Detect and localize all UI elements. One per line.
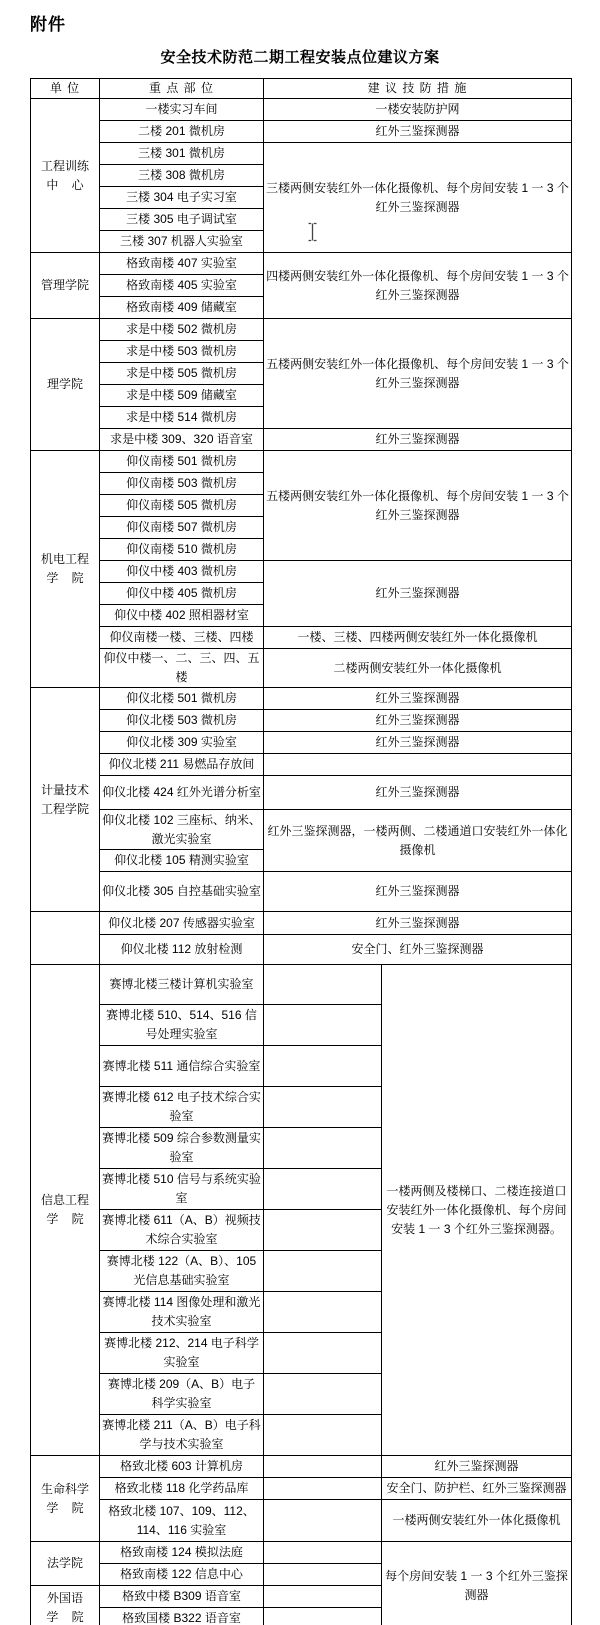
measure-cell: 每个房间安装 1 一 3 个红外三鉴探测器 [382, 1542, 572, 1625]
page-title: 安全技术防范二期工程安装点位建议方案 [0, 46, 600, 67]
points-table: 单 位重 点 部 位建 议 技 防 措 施工程训练 中 心一楼实习车间一楼安装防… [30, 78, 572, 1625]
empty-sub-cell [264, 1210, 382, 1251]
unit-cell: 机电工程 学 院 [31, 451, 100, 688]
unit-cell: 信息工程 学 院 [31, 965, 100, 1456]
location-cell: 仰仪北楼 207 传感器实验室 [100, 912, 264, 935]
attachment-label: 附件 [30, 10, 66, 35]
location-cell: 仰仪南楼一楼、三楼、四楼 [100, 627, 264, 649]
location-cell: 赛博北楼 114 图像处理和激光技术实验室 [100, 1292, 264, 1333]
location-cell: 求是中楼 509 储藏室 [100, 385, 264, 407]
table-row: 工程训练 中 心一楼实习车间一楼安装防护网 [31, 99, 572, 121]
measure-cell: 安全门、防护栏、红外三鉴探测器 [382, 1478, 572, 1500]
location-cell: 仰仪中楼一、二、三、四、五楼 [100, 649, 264, 688]
table-row: 仰仪北楼 207 传感器实验室红外三鉴探测器 [31, 912, 572, 935]
location-cell: 赛博北楼 212、214 电子科学实验室 [100, 1333, 264, 1374]
location-cell: 求是中楼 309、320 语音室 [100, 429, 264, 451]
table-row: 仰仪北楼 503 微机房红外三鉴探测器 [31, 710, 572, 732]
measure-cell: 红外三鉴探测器 [264, 121, 572, 143]
measure-cell: 红外三鉴探测器，一楼两侧、二楼通道口安装红外一体化摄像机 [264, 810, 572, 872]
measure-cell: 红外三鉴探测器 [264, 429, 572, 451]
location-cell: 格致北楼 107、109、112、114、116 实验室 [100, 1500, 264, 1542]
location-cell: 格致北楼 118 化学药品库 [100, 1478, 264, 1500]
table-row: 求是中楼 309、320 语音室红外三鉴探测器 [31, 429, 572, 451]
measure-cell: 二楼两侧安装红外一体化摄像机 [264, 649, 572, 688]
location-cell: 仰仪中楼 403 微机房 [100, 561, 264, 583]
empty-sub-cell [264, 1087, 382, 1128]
location-cell: 仰仪中楼 405 微机房 [100, 583, 264, 605]
empty-sub-cell [264, 1564, 382, 1586]
unit-cell: 计量技术 工程学院 [31, 688, 100, 912]
measure-cell: 五楼两侧安装红外一体化摄像机、每个房间安装 1 一 3 个红外三鉴探测器 [264, 319, 572, 429]
table-row: 仰仪南楼一楼、三楼、四楼一楼、三楼、四楼两侧安装红外一体化摄像机 [31, 627, 572, 649]
empty-sub-cell [264, 1608, 382, 1625]
unit-cell: 外国语 学 院 [31, 1586, 100, 1625]
measure-cell: 红外三鉴探测器 [264, 732, 572, 754]
empty-sub-cell [264, 1005, 382, 1046]
table-row: 机电工程 学 院仰仪南楼 501 微机房五楼两侧安装红外一体化摄像机、每个房间安… [31, 451, 572, 473]
location-cell: 仰仪北楼 424 红外光谱分析室 [100, 776, 264, 810]
table-row: 格致北楼 107、109、112、114、116 实验室一楼两侧安装红外一体化摄… [31, 1500, 572, 1542]
text-cursor-ibeam-icon [306, 222, 319, 242]
table-row: 管理学院格致南楼 407 实验室四楼两侧安装红外一体化摄像机、每个房间安装 1 … [31, 253, 572, 275]
location-cell: 赛博北楼 510 信号与系统实验室 [100, 1169, 264, 1210]
location-cell: 仰仪南楼 501 微机房 [100, 451, 264, 473]
measure-cell: 红外三鉴探测器 [264, 561, 572, 627]
document-page: { "page": { "attachment_label": "附件", "t… [0, 0, 600, 1625]
location-cell: 赛博北楼 209（A、B）电子科学实验室 [100, 1374, 264, 1415]
table-row: 仰仪北楼 211 易燃品存放间 [31, 754, 572, 776]
empty-sub-cell [264, 1500, 382, 1542]
unit-cell: 工程训练 中 心 [31, 99, 100, 253]
location-cell: 格致国楼 B322 语音室 [100, 1608, 264, 1625]
measure-cell [264, 754, 572, 776]
measure-cell: 一楼两侧及楼梯口、二楼连接道口安装红外一体化摄像机、每个房间安装 1 一 3 个… [382, 965, 572, 1456]
empty-sub-cell [264, 1415, 382, 1456]
column-header-cell: 建 议 技 防 措 施 [264, 79, 572, 99]
table-row: 单 位重 点 部 位建 议 技 防 措 施 [31, 79, 572, 99]
location-cell: 仰仪北楼 211 易燃品存放间 [100, 754, 264, 776]
measure-cell: 一楼、三楼、四楼两侧安装红外一体化摄像机 [264, 627, 572, 649]
location-cell: 格致南楼 124 模拟法庭 [100, 1542, 264, 1564]
location-cell: 赛博北楼 509 综合参数测量实验室 [100, 1128, 264, 1169]
table-row: 仰仪北楼 112 放射检测安全门、红外三鉴探测器 [31, 935, 572, 965]
location-cell: 仰仪南楼 510 微机房 [100, 539, 264, 561]
unit-cell: 理学院 [31, 319, 100, 451]
table-row: 仰仪北楼 424 红外光谱分析室红外三鉴探测器 [31, 776, 572, 810]
table-row: 计量技术 工程学院仰仪北楼 501 微机房红外三鉴探测器 [31, 688, 572, 710]
measure-cell: 红外三鉴探测器 [382, 1456, 572, 1478]
location-cell: 一楼实习车间 [100, 99, 264, 121]
location-cell: 格致南楼 405 实验室 [100, 275, 264, 297]
column-header-cell: 单 位 [31, 79, 100, 99]
measure-cell: 红外三鉴探测器 [264, 872, 572, 912]
measure-cell: 红外三鉴探测器 [264, 688, 572, 710]
measure-cell: 安全门、红外三鉴探测器 [264, 935, 572, 965]
location-cell: 求是中楼 502 微机房 [100, 319, 264, 341]
location-cell: 仰仪南楼 503 微机房 [100, 473, 264, 495]
table-row: 二楼 201 微机房红外三鉴探测器 [31, 121, 572, 143]
measure-cell: 四楼两侧安装红外一体化摄像机、每个房间安装 1 一 3 个红外三鉴探测器 [264, 253, 572, 319]
location-cell: 赛博北楼三楼计算机实验室 [100, 965, 264, 1005]
table-row: 法学院格致南楼 124 模拟法庭每个房间安装 1 一 3 个红外三鉴探测器 [31, 1542, 572, 1564]
location-cell: 仰仪北楼 501 微机房 [100, 688, 264, 710]
unit-cell: 生命科学 学 院 [31, 1456, 100, 1542]
table-row: 三楼 301 微机房三楼两侧安装红外一体化摄像机、每个房间安装 1 一 3 个红… [31, 143, 572, 165]
location-cell: 赛博北楼 510、514、516 信号处理实验室 [100, 1005, 264, 1046]
empty-sub-cell [264, 1478, 382, 1500]
column-header-cell: 重 点 部 位 [100, 79, 264, 99]
table-row: 仰仪北楼 309 实验室红外三鉴探测器 [31, 732, 572, 754]
location-cell: 格致南楼 122 信息中心 [100, 1564, 264, 1586]
empty-sub-cell [264, 1542, 382, 1564]
empty-sub-cell [264, 1586, 382, 1608]
location-cell: 三楼 307 机器人实验室 [100, 231, 264, 253]
location-cell: 格致南楼 409 储藏室 [100, 297, 264, 319]
points-table-body: 单 位重 点 部 位建 议 技 防 措 施工程训练 中 心一楼实习车间一楼安装防… [31, 79, 572, 1625]
table-row: 仰仪中楼 403 微机房红外三鉴探测器 [31, 561, 572, 583]
measure-cell: 一楼安装防护网 [264, 99, 572, 121]
table-row: 格致北楼 118 化学药品库安全门、防护栏、红外三鉴探测器 [31, 1478, 572, 1500]
location-cell: 求是中楼 514 微机房 [100, 407, 264, 429]
location-cell: 赛博北楼 611（A、B）视频技术综合实验室 [100, 1210, 264, 1251]
location-cell: 仰仪北楼 112 放射检测 [100, 935, 264, 965]
table-row: 理学院求是中楼 502 微机房五楼两侧安装红外一体化摄像机、每个房间安装 1 一… [31, 319, 572, 341]
unit-cell: 法学院 [31, 1542, 100, 1586]
empty-sub-cell [264, 1292, 382, 1333]
empty-sub-cell [264, 965, 382, 1005]
location-cell: 格致南楼 407 实验室 [100, 253, 264, 275]
location-cell: 仰仪南楼 507 微机房 [100, 517, 264, 539]
location-cell: 仰仪北楼 503 微机房 [100, 710, 264, 732]
measure-cell: 红外三鉴探测器 [264, 710, 572, 732]
location-cell: 仰仪北楼 305 自控基础实验室 [100, 872, 264, 912]
measure-cell: 红外三鉴探测器 [264, 776, 572, 810]
location-cell: 仰仪北楼 102 三座标、纳米、激光实验室 [100, 810, 264, 850]
empty-sub-cell [264, 1128, 382, 1169]
location-cell: 赛博北楼 122（A、B）、105 光信息基础实验室 [100, 1251, 264, 1292]
location-cell: 格致北楼 603 计算机房 [100, 1456, 264, 1478]
location-cell: 赛博北楼 211（A、B）电子科学与技术实验室 [100, 1415, 264, 1456]
location-cell: 三楼 305 电子调试室 [100, 209, 264, 231]
empty-sub-cell [264, 1169, 382, 1210]
empty-sub-cell [264, 1333, 382, 1374]
location-cell: 求是中楼 505 微机房 [100, 363, 264, 385]
table-row: 仰仪中楼一、二、三、四、五楼二楼两侧安装红外一体化摄像机 [31, 649, 572, 688]
empty-sub-cell [264, 1046, 382, 1087]
measure-cell: 红外三鉴探测器 [264, 912, 572, 935]
location-cell: 二楼 201 微机房 [100, 121, 264, 143]
location-cell: 格致中楼 B309 语音室 [100, 1586, 264, 1608]
table-row: 信息工程 学 院赛博北楼三楼计算机实验室一楼两侧及楼梯口、二楼连接道口安装红外一… [31, 965, 572, 1005]
location-cell: 求是中楼 503 微机房 [100, 341, 264, 363]
table-row: 仰仪北楼 305 自控基础实验室红外三鉴探测器 [31, 872, 572, 912]
location-cell: 仰仪北楼 105 精测实验室 [100, 850, 264, 872]
location-cell: 三楼 308 微机房 [100, 165, 264, 187]
location-cell: 赛博北楼 612 电子技术综合实验室 [100, 1087, 264, 1128]
unit-cell: 管理学院 [31, 253, 100, 319]
location-cell: 赛博北楼 511 通信综合实验室 [100, 1046, 264, 1087]
empty-sub-cell [264, 1251, 382, 1292]
table-row: 仰仪北楼 102 三座标、纳米、激光实验室红外三鉴探测器，一楼两侧、二楼通道口安… [31, 810, 572, 850]
location-cell: 仰仪中楼 402 照相器材室 [100, 605, 264, 627]
measure-cell: 五楼两侧安装红外一体化摄像机、每个房间安装 1 一 3 个红外三鉴探测器 [264, 451, 572, 561]
unit-cell [31, 912, 100, 965]
empty-sub-cell [264, 1374, 382, 1415]
measure-cell: 一楼两侧安装红外一体化摄像机 [382, 1500, 572, 1542]
location-cell: 三楼 304 电子实习室 [100, 187, 264, 209]
table-row: 生命科学 学 院格致北楼 603 计算机房红外三鉴探测器 [31, 1456, 572, 1478]
empty-sub-cell [264, 1456, 382, 1478]
location-cell: 仰仪南楼 505 微机房 [100, 495, 264, 517]
location-cell: 三楼 301 微机房 [100, 143, 264, 165]
location-cell: 仰仪北楼 309 实验室 [100, 732, 264, 754]
